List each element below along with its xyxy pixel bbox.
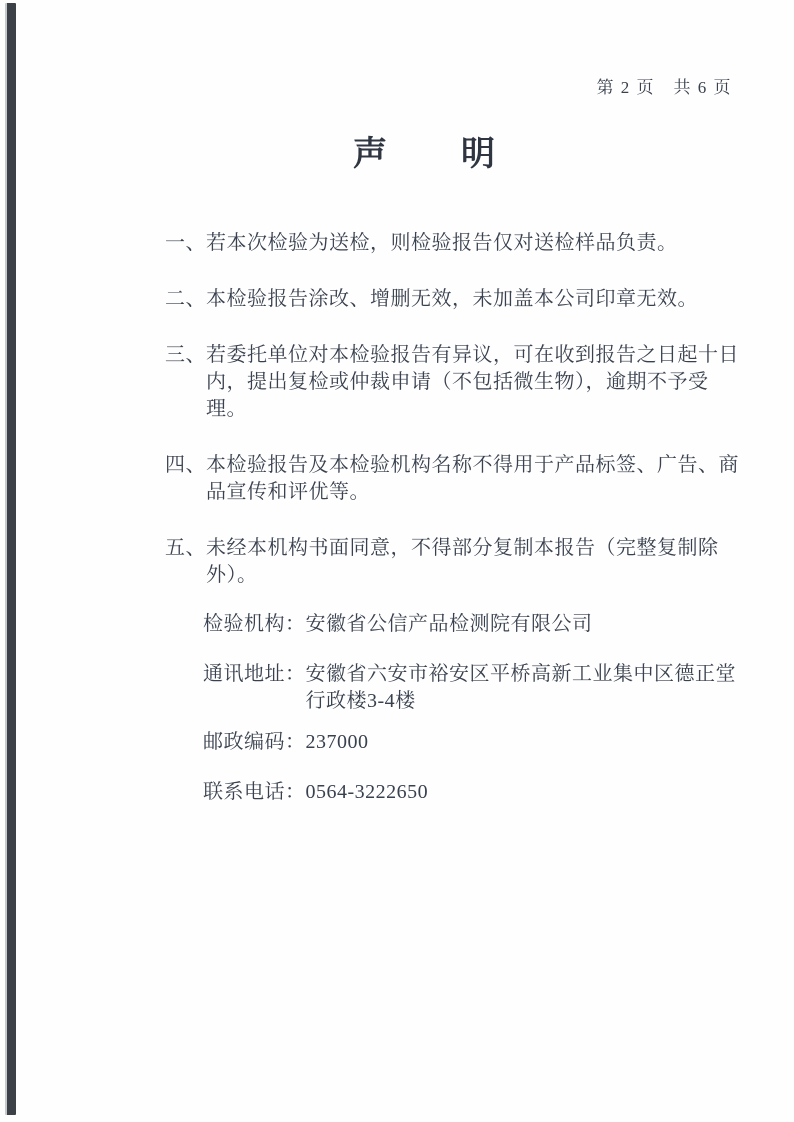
item-text: 本检验报告及本检验机构名称不得用于产品标签、广告、商品宣传和评优等。: [206, 452, 741, 506]
contact-label: 通讯地址：: [203, 661, 306, 688]
page-content: 声 明 一、 若本次检验为送检，则检验报告仅对送检样品负责。 二、 本检验报告涂…: [0, 0, 794, 829]
item-number: 二、: [165, 286, 206, 313]
contact-row-phone: 联系电话： 0564-3222650: [203, 779, 794, 806]
page-title: 声 明: [0, 134, 794, 174]
contact-value: 237000: [306, 729, 369, 756]
contact-row-agency: 检验机构： 安徽省公信产品检测院有限公司: [203, 611, 794, 638]
item-text: 若本次检验为送检，则检验报告仅对送检样品负责。: [206, 230, 678, 257]
item-number: 五、: [165, 535, 206, 562]
list-item: 三、 若委托单位对本检验报告有异议，可在收到报告之日起十日内，提出复检或仲裁申请…: [165, 342, 794, 423]
document-page: 第 2 页 共 6 页 声 明 一、 若本次检验为送检，则检验报告仅对送检样品负…: [0, 0, 794, 1122]
contact-info: 检验机构： 安徽省公信产品检测院有限公司 通讯地址： 安徽省六安市裕安区平桥高新…: [203, 611, 794, 806]
item-text: 本检验报告涂改、增删无效，未加盖本公司印章无效。: [206, 286, 698, 313]
list-item: 五、 未经本机构书面同意，不得部分复制本报告（完整复制除外）。: [165, 535, 794, 589]
contact-label: 邮政编码：: [203, 729, 306, 756]
contact-value: 0564-3222650: [306, 779, 429, 806]
contact-row-address: 通讯地址： 安徽省六安市裕安区平桥高新工业集中区德正堂行政楼3-4楼: [203, 661, 794, 715]
item-text: 未经本机构书面同意，不得部分复制本报告（完整复制除外）。: [206, 535, 741, 589]
item-text: 若委托单位对本检验报告有异议，可在收到报告之日起十日内，提出复检或仲裁申请（不包…: [206, 342, 741, 423]
declaration-list: 一、 若本次检验为送检，则检验报告仅对送检样品负责。 二、 本检验报告涂改、增删…: [165, 230, 794, 589]
list-item: 一、 若本次检验为送检，则检验报告仅对送检样品负责。: [165, 230, 794, 257]
contact-label: 检验机构：: [203, 611, 306, 638]
item-number: 一、: [165, 230, 206, 257]
contact-value: 安徽省公信产品检测院有限公司: [306, 611, 593, 638]
item-number: 三、: [165, 342, 206, 369]
contact-value: 安徽省六安市裕安区平桥高新工业集中区德正堂行政楼3-4楼: [306, 661, 743, 715]
list-item: 四、 本检验报告及本检验机构名称不得用于产品标签、广告、商品宣传和评优等。: [165, 452, 794, 506]
contact-label: 联系电话：: [203, 779, 306, 806]
item-number: 四、: [165, 452, 206, 479]
list-item: 二、 本检验报告涂改、增删无效，未加盖本公司印章无效。: [165, 286, 794, 313]
contact-row-postcode: 邮政编码： 237000: [203, 729, 794, 756]
